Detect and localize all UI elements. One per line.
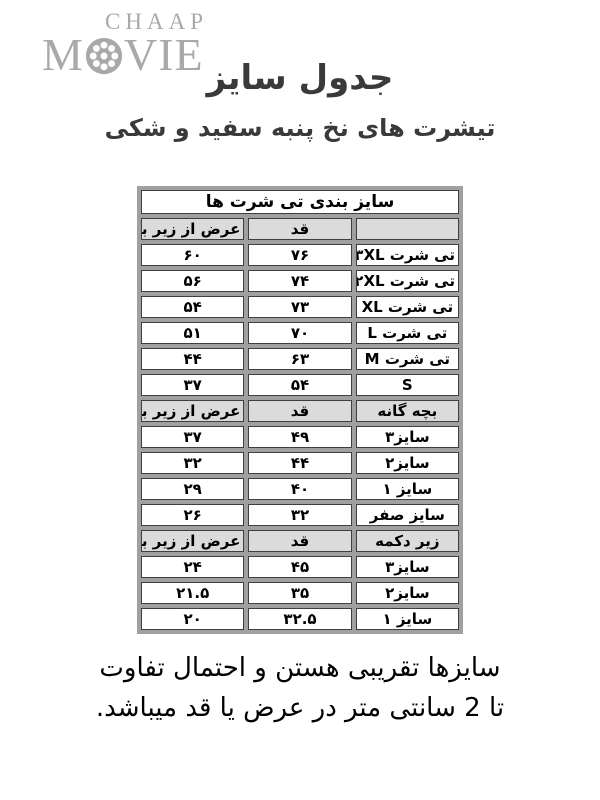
- size-name-cell: سایز۳: [356, 426, 459, 448]
- width-cell: ۶۰: [141, 244, 244, 266]
- size-name-cell: تی شرت ۳XL: [356, 244, 459, 266]
- length-cell: ۴۰: [248, 478, 351, 500]
- note-line-2: تا 2 سانتی متر در عرض یا قد میباشد.: [0, 688, 600, 728]
- table-row: سایز۳۴۹۳۷: [141, 426, 459, 448]
- table-caption: سایز بندی تی شرت ها: [141, 190, 459, 214]
- size-name-cell: تی شرت ۲XL: [356, 270, 459, 292]
- width-cell: ۵۱: [141, 322, 244, 344]
- table-row: سایز ۱۴۰۲۹: [141, 478, 459, 500]
- size-name-cell: سایز۲: [356, 452, 459, 474]
- width-cell: ۳۷: [141, 426, 244, 448]
- section-label-cell: [356, 218, 459, 240]
- size-table-body: سایز بندی تی شرت هاقدعرض از زیر بغلتی شر…: [141, 190, 459, 630]
- width-header-cell: عرض از زیر بغل: [141, 400, 244, 422]
- width-cell: ۵۴: [141, 296, 244, 318]
- table-row: تی شرت M۶۳۴۴: [141, 348, 459, 370]
- width-cell: ۲۶: [141, 504, 244, 526]
- length-cell: ۶۳: [248, 348, 351, 370]
- width-header-cell: عرض از زیر بغل: [141, 530, 244, 552]
- table-row: سایز۲۴۴۳۲: [141, 452, 459, 474]
- logo-movie-vie: VIE: [124, 32, 204, 78]
- size-name-cell: تی شرت M: [356, 348, 459, 370]
- width-cell: ۳۲: [141, 452, 244, 474]
- size-name-cell: تی شرت XL: [356, 296, 459, 318]
- size-table: سایز بندی تی شرت هاقدعرض از زیر بغلتی شر…: [137, 186, 463, 634]
- section-label-cell: زیر دکمه: [356, 530, 459, 552]
- section-header-row: زیر دکمهقدعرض از زیر بغل: [141, 530, 459, 552]
- table-row: تی شرت ۳XL۷۶۶۰: [141, 244, 459, 266]
- width-cell: ۲۰: [141, 608, 244, 630]
- length-cell: ۳۲: [248, 504, 351, 526]
- table-row: سایز۲۳۵۲۱.۵: [141, 582, 459, 604]
- width-cell: ۵۶: [141, 270, 244, 292]
- note-line-1: سایزها تقریبی هستن و احتمال تفاوت: [0, 648, 600, 688]
- size-note: سایزها تقریبی هستن و احتمال تفاوت تا 2 س…: [0, 648, 600, 728]
- caption-row: سایز بندی تی شرت ها: [141, 190, 459, 214]
- length-header-cell: قد: [248, 400, 351, 422]
- length-cell: ۴۵: [248, 556, 351, 578]
- size-name-cell: سایز ۱: [356, 478, 459, 500]
- chaap-movie-logo: CHAAP M VIE: [42, 10, 212, 78]
- width-cell: ۲۴: [141, 556, 244, 578]
- table-row: تی شرت ۲XL۷۴۵۶: [141, 270, 459, 292]
- length-cell: ۷۴: [248, 270, 351, 292]
- size-name-cell: سایز۳: [356, 556, 459, 578]
- section-header-row: قدعرض از زیر بغل: [141, 218, 459, 240]
- table-row: سایز صفر۳۲۲۶: [141, 504, 459, 526]
- table-row: تی شرت L۷۰۵۱: [141, 322, 459, 344]
- size-name-cell: S: [356, 374, 459, 396]
- width-header-cell: عرض از زیر بغل: [141, 218, 244, 240]
- length-header-cell: قد: [248, 530, 351, 552]
- section-label-cell: بچه گانه: [356, 400, 459, 422]
- table-row: سایز ۱۳۲.۵۲۰: [141, 608, 459, 630]
- length-cell: ۵۴: [248, 374, 351, 396]
- length-cell: ۴۴: [248, 452, 351, 474]
- table-row: سایز۳۴۵۲۴: [141, 556, 459, 578]
- size-name-cell: سایز صفر: [356, 504, 459, 526]
- width-cell: ۴۴: [141, 348, 244, 370]
- logo-movie-text: M VIE: [42, 32, 212, 78]
- length-header-cell: قد: [248, 218, 351, 240]
- length-cell: ۷۶: [248, 244, 351, 266]
- logo-movie-m: M: [42, 32, 84, 78]
- table-row: تی شرت XL۷۳۵۴: [141, 296, 459, 318]
- width-cell: ۳۷: [141, 374, 244, 396]
- length-cell: ۳۲.۵: [248, 608, 351, 630]
- size-name-cell: سایز۲: [356, 582, 459, 604]
- length-cell: ۴۹: [248, 426, 351, 448]
- film-reel-icon: [85, 37, 123, 75]
- size-name-cell: سایز ۱: [356, 608, 459, 630]
- width-cell: ۲۱.۵: [141, 582, 244, 604]
- length-cell: ۷۰: [248, 322, 351, 344]
- width-cell: ۲۹: [141, 478, 244, 500]
- length-cell: ۷۳: [248, 296, 351, 318]
- section-header-row: بچه گانهقدعرض از زیر بغل: [141, 400, 459, 422]
- length-cell: ۳۵: [248, 582, 351, 604]
- table-row: S۵۴۳۷: [141, 374, 459, 396]
- size-name-cell: تی شرت L: [356, 322, 459, 344]
- page-subtitle: تیشرت های نخ پنبه سفید و شکی: [0, 112, 600, 144]
